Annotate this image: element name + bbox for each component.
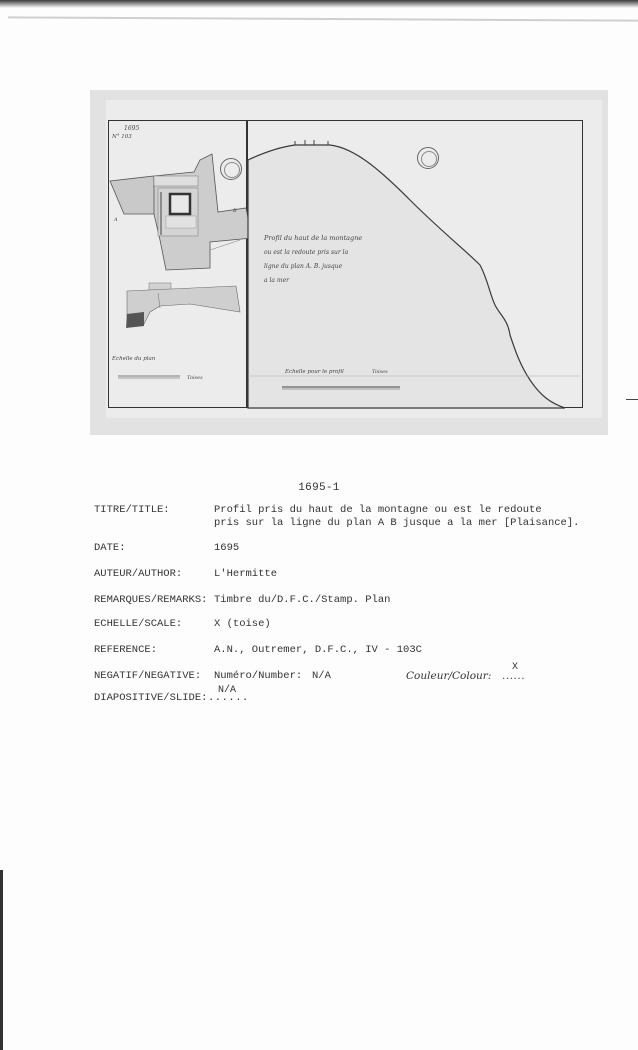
scan-top-shadow xyxy=(0,0,638,8)
scan-edge-bar xyxy=(0,870,3,1050)
fort-section xyxy=(126,283,240,328)
title-value-line2: pris sur la ligne du plan A B jusque a l… xyxy=(214,517,579,530)
negative-number-value: N/A xyxy=(312,670,331,683)
title-value-line1: Profil pris du haut de la montagne ou es… xyxy=(214,504,542,517)
map-photograph: 1695 N° 103 A B Echelle du plan Toi xyxy=(90,90,608,435)
reference-code: 1695-1 xyxy=(0,482,638,494)
negative-number-label: Numéro/Number: xyxy=(214,670,302,683)
colour-mark: X xyxy=(512,661,518,674)
marker-b: B xyxy=(232,208,237,214)
redoubt-on-summit xyxy=(295,140,328,145)
author-value: L'Hermitte xyxy=(214,568,277,581)
slide-label: DIAPOSITIVE/SLIDE: xyxy=(94,692,207,705)
corner-note-number: N° 103 xyxy=(111,134,132,140)
fort-plan-stamp-icon xyxy=(220,158,242,180)
left-scale-unit: Toises xyxy=(187,375,203,381)
reference-label: REFERENCE: xyxy=(94,644,157,657)
scale-label: ECHELLE/SCALE: xyxy=(94,618,182,631)
right-scale-unit: Toises xyxy=(372,369,388,375)
map-drawing: 1695 N° 103 A B Echelle du plan Toi xyxy=(90,90,608,435)
remarks-label: REMARQUES/REMARKS: xyxy=(94,594,207,607)
profile-caption-4: a la mer xyxy=(264,277,290,284)
date-label: DATE: xyxy=(94,542,126,555)
sheet-edge xyxy=(8,16,638,21)
slide-mark: N/A xyxy=(218,684,236,697)
profile-caption-2: ou est la redoute pris sur la xyxy=(264,249,349,256)
scale-value: X (toise) xyxy=(214,618,271,631)
title-label: TITRE/TITLE: xyxy=(94,504,170,517)
colour-label: Couleur/Colour: xyxy=(406,670,491,683)
reference-value: A.N., Outremer, D.F.C., IV - 103C xyxy=(214,644,422,657)
date-value: 1695 xyxy=(214,542,239,555)
profile-caption-3: ligne du plan A. B. jusque xyxy=(264,263,343,270)
corner-note-year: 1695 xyxy=(124,125,139,132)
remarks-value: Timbre du/D.F.C./Stamp. Plan xyxy=(214,594,390,607)
right-scale-caption: Echelle pour le profil xyxy=(284,369,344,375)
left-scale-bar xyxy=(118,376,180,378)
negative-label: NEGATIF/NEGATIVE: xyxy=(94,670,201,683)
author-label: AUTEUR/AUTHOR: xyxy=(94,568,182,581)
margin-tick-mark xyxy=(626,399,638,400)
profile-stamp-icon xyxy=(417,147,439,169)
marker-a: A xyxy=(113,217,118,223)
left-scale-caption: Echelle du plan xyxy=(111,356,156,362)
profile-caption-1: Profil du haut de la montagne xyxy=(263,234,362,242)
